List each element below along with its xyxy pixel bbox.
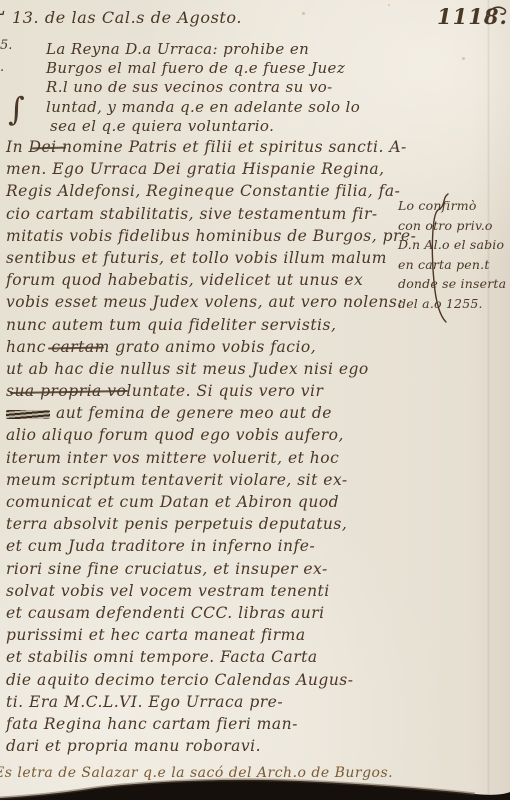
body-line: ti. Era M.C.L.VI. Ego Urraca pre-: [6, 691, 466, 713]
paragraph-mark: ∫: [8, 94, 25, 124]
body-line: comunicat et cum Datan et Abiron quod: [6, 491, 466, 513]
summary-line: sea el q.e quiera voluntario.: [46, 117, 360, 136]
body-line: solvat vobis vel vocem vestram tenenti: [6, 580, 466, 602]
body-line: nunc autem tum quia fideliter servistis,: [6, 314, 466, 336]
body-line-text: aut femina de genere meo aut de: [56, 404, 332, 422]
scan-edge-shadow: [0, 770, 510, 800]
body-line: purissimi et hec carta maneat firma: [6, 624, 466, 646]
summary-line: La Reyna D.a Urraca: prohibe en: [46, 40, 360, 59]
margin-confirmation-note: Lo confirmò con otro priv.o D.n Al.o el …: [398, 196, 510, 313]
foxing-spot: [388, 4, 390, 6]
body-line: sentibus et futuris, et tollo vobis illu…: [6, 247, 466, 269]
summary-line: Burgos el mal fuero de q.e fuese Juez: [46, 59, 360, 78]
body-line: aut femina de genere meo aut de: [6, 402, 466, 424]
foxing-spot: [302, 12, 305, 15]
charter-body-text: In Dei nomine Patris et filii et spiritu…: [6, 136, 466, 757]
margin-note-line: D.n Al.o el sabio: [398, 235, 510, 255]
body-line: et cum Juda traditore in inferno infe-: [6, 535, 466, 557]
body-line: terra absolvit penis perpetuis deputatus…: [6, 513, 466, 535]
header-index-label: 13. de las Cal.s de Agosto.: [12, 8, 242, 27]
body-line: men. Ego Urraca Dei gratia Hispanie Regi…: [6, 158, 466, 180]
crossed-out-word: [6, 410, 50, 419]
summary-line: R.l uno de sus vecinos contra su vo-: [46, 78, 360, 97]
body-line: iterum inter vos mittere voluerit, et ho…: [6, 447, 466, 469]
body-line: et stabilis omni tempore. Facta Carta: [6, 646, 466, 668]
margin-note-line: con otro priv.o: [398, 216, 510, 236]
body-line: et causam defendenti CCC. libras auri: [6, 602, 466, 624]
margin-note-line: en carta pen.t: [398, 255, 510, 275]
body-line: forum quod habebatis, videlicet ut unus …: [6, 269, 466, 291]
body-line: cio cartam stabilitatis, sive testamentu…: [6, 203, 466, 225]
body-line: Regis Aldefonsi, Regineque Constantie fi…: [6, 180, 466, 202]
body-line: meum scriptum tentaverit violare, sit ex…: [6, 469, 466, 491]
body-line: vobis esset meus Judex volens, aut vero …: [6, 291, 466, 313]
margin-entry-number: 5.: [0, 38, 12, 53]
body-line: riori sine fine cruciatus, et insuper ex…: [6, 558, 466, 580]
flourish-mark: [484, 4, 508, 26]
body-line: ut ab hac die nullus sit meus Judex nisi…: [6, 358, 466, 380]
manuscript-page: L 13. de las Cal.s de Agosto. 1118. 5. .…: [0, 0, 510, 800]
summary-paragraph: La Reyna D.a Urraca: prohibe en Burgos e…: [46, 40, 360, 136]
margin-note-line: donde se inserta: [398, 274, 510, 294]
body-line: alio aliquo forum quod ego vobis aufero,: [6, 424, 466, 446]
body-line: mitatis vobis fidelibus hominibus de Bur…: [6, 225, 466, 247]
margin-cut-mark: L: [0, 0, 6, 21]
body-line: die aquito decimo tercio Calendas Augus-: [6, 669, 466, 691]
margin-note-line: del a.o 1255.: [398, 294, 510, 314]
margin-note-line: Lo confirmò: [398, 196, 510, 216]
summary-line: luntad, y manda q.e en adelante solo lo: [46, 98, 360, 117]
foxing-spot: [462, 57, 465, 60]
margin-tick: .: [0, 60, 4, 75]
body-line: In Dei nomine Patris et filii et spiritu…: [6, 136, 466, 158]
body-line: dari et propria manu roboravi.: [6, 735, 466, 757]
page-crease: [487, 0, 490, 800]
body-line: fata Regina hanc cartam fieri man-: [6, 713, 466, 735]
